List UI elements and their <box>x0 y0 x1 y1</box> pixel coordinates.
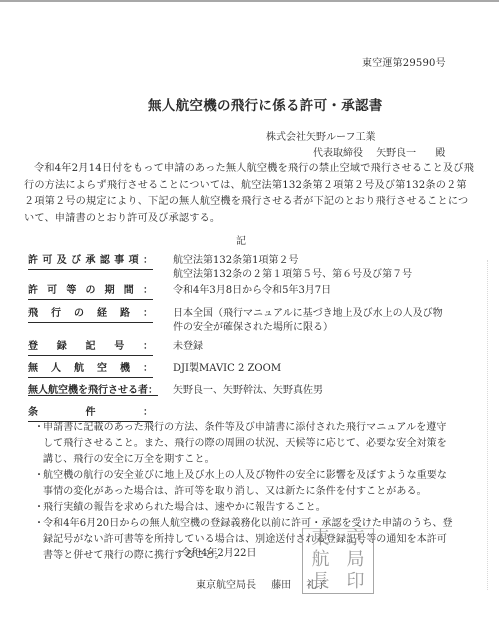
seal-char: 航 <box>303 550 338 571</box>
seal-char: 京 <box>338 529 373 550</box>
condition-item: ・ 飛行実績の報告を求められた場合は、速やかに報告すること。 <box>34 500 454 516</box>
label-char: ： <box>143 340 153 355</box>
label-char: び <box>71 254 81 269</box>
bullet: ・ <box>34 500 44 516</box>
value-line: 航空法第132条の２第１項第５号、第６号及び第７号 <box>173 268 463 282</box>
item-value: 矢野良一、矢野幹汰、矢野真佐男 <box>173 384 463 398</box>
official-seal-stamp: 東 京 航 局 長 印 <box>302 528 374 594</box>
bullet: ・ <box>34 468 44 484</box>
preamble-paragraph: 令和4年2月14日付をもって申請のあった無人航空機を飛行の禁止空域で飛行させるこ… <box>24 161 476 227</box>
label-char: 項 <box>129 254 139 269</box>
label-char: 事 <box>114 254 124 269</box>
label-char: 及 <box>57 254 67 269</box>
label-char: 条 <box>28 406 38 421</box>
condition-text: 飛行実績の報告を求められた場合は、速やかに報告すること。 <box>43 502 326 513</box>
ki-heading: 記 <box>236 232 246 247</box>
label-char: ： <box>143 362 153 377</box>
item-label: 飛 行 の 経 路 ： <box>28 307 153 323</box>
item-value: 未登録 <box>173 340 463 354</box>
addressee-block: 株式会社矢野ルーフ工業 代表取締役 矢野良一 殿 <box>266 130 445 162</box>
label-char: の <box>85 284 95 299</box>
condition-item: ・ 航空機の航行の安全並びに地上及び水上の人及び物件の安全に影響を及ぼすような重… <box>34 468 454 500</box>
label-char: 許 <box>28 254 38 269</box>
item-value: 航空法第132条第1項第２号 航空法第132条の２第１項第５号、第６号及び第７号 <box>173 254 463 282</box>
condition-text: 申請書に記載のあった飛行の方法、条件等及び申請書に添付された飛行マニュアルを遵守… <box>43 422 447 465</box>
value-line: 件の安全が確保された場所に限る） <box>173 321 463 335</box>
value-line: 未登録 <box>173 340 463 354</box>
seal-char: 印 <box>338 572 373 593</box>
document-title: 無人航空機の飛行に係る許可・承認書 <box>148 94 383 114</box>
scan-right-edge <box>487 260 489 590</box>
label-char: 記 <box>86 340 96 355</box>
addressee-company: 株式会社矢野ルーフ工業 <box>266 130 445 146</box>
item-value: DJI製MAVIC 2 ZOOM <box>173 362 463 376</box>
label-char: 機 <box>120 362 130 377</box>
label-char: 空 <box>97 362 107 377</box>
label-char: 航 <box>74 362 84 377</box>
value-line: 航空法第132条第1項第２号 <box>173 254 463 268</box>
item-label: 無 人 航 空 機 ： <box>28 362 153 378</box>
label-char: 号 <box>114 340 124 355</box>
label-char: ： <box>143 307 153 322</box>
label-char: 飛 <box>28 307 38 322</box>
seal-char: 長 <box>303 572 338 593</box>
label-char: 行 <box>51 307 61 322</box>
addressee-position: 代表取締役 <box>313 148 363 159</box>
conditions-list: ・ 申請書に記載のあった飛行の方法、条件等及び申請書に添付された飛行マニュアルを… <box>34 420 454 564</box>
label-char: ： <box>143 284 153 299</box>
label-char: 期 <box>105 284 115 299</box>
addressee-representative: 代表取締役 矢野良一 殿 <box>266 146 445 162</box>
label-char: 可 <box>42 254 52 269</box>
addressee-honorific: 殿 <box>435 148 445 159</box>
value-line: 令和4年3月8日から令和5年3月7日 <box>173 284 463 298</box>
value-line: DJI製MAVIC 2 ZOOM <box>173 362 463 376</box>
issue-date: 令和4年2月22日 <box>181 544 256 559</box>
value-line: 矢野良一、矢野幹汰、矢野真佐男 <box>173 384 463 398</box>
label-char: 録 <box>57 340 67 355</box>
label-char: 件 <box>86 406 96 421</box>
item-value: 令和4年3月8日から令和5年3月7日 <box>173 284 463 298</box>
item-label: 許 可 等 の 期 間 ： <box>28 284 153 300</box>
label-char: 路 <box>120 307 130 322</box>
label-char: 人 <box>51 362 61 377</box>
bullet: ・ <box>34 420 44 436</box>
seal-char: 局 <box>338 550 373 571</box>
seal-char: 東 <box>303 529 338 550</box>
document-number: 東空運第29590号 <box>362 54 446 69</box>
scan-top-edge <box>0 0 499 2</box>
label-char: 認 <box>100 254 110 269</box>
item-label: 登 録 記 号 ： <box>28 340 153 356</box>
label-char: ： <box>143 406 153 421</box>
item-value: 日本全国（飛行マニュアルに基づき地上及び水上の人及び物 件の安全が確保された場所… <box>173 307 463 335</box>
label-char: ： <box>143 254 153 269</box>
label-char: 登 <box>28 340 38 355</box>
item-label: 許 可 及 び 承 認 事 項 ： <box>28 254 153 270</box>
label-char: の <box>74 307 84 322</box>
condition-item: ・ 申請書に記載のあった飛行の方法、条件等及び申請書に添付された飛行マニュアルを… <box>34 420 454 468</box>
value-line: 日本全国（飛行マニュアルに基づき地上及び水上の人及び物 <box>173 307 463 321</box>
label-char: 経 <box>97 307 107 322</box>
label-char: 等 <box>66 284 76 299</box>
label-char: 無 <box>28 362 38 377</box>
addressee-name: 矢野良一 <box>376 148 416 159</box>
issuer-office: 東京航空局長 <box>196 580 256 591</box>
item-label: 無人航空機を飛行させる者： <box>28 384 153 398</box>
bullet: ・ <box>34 516 44 532</box>
label-char: 間 <box>124 284 134 299</box>
label-char: 承 <box>86 254 96 269</box>
label-char: 可 <box>47 284 57 299</box>
condition-text: 航空機の航行の安全並びに地上及び水上の人及び物件の安全に影響を及ぼすような重要な… <box>43 470 447 497</box>
label-char: 許 <box>28 284 38 299</box>
issuer-surname: 藤田 <box>271 580 291 591</box>
